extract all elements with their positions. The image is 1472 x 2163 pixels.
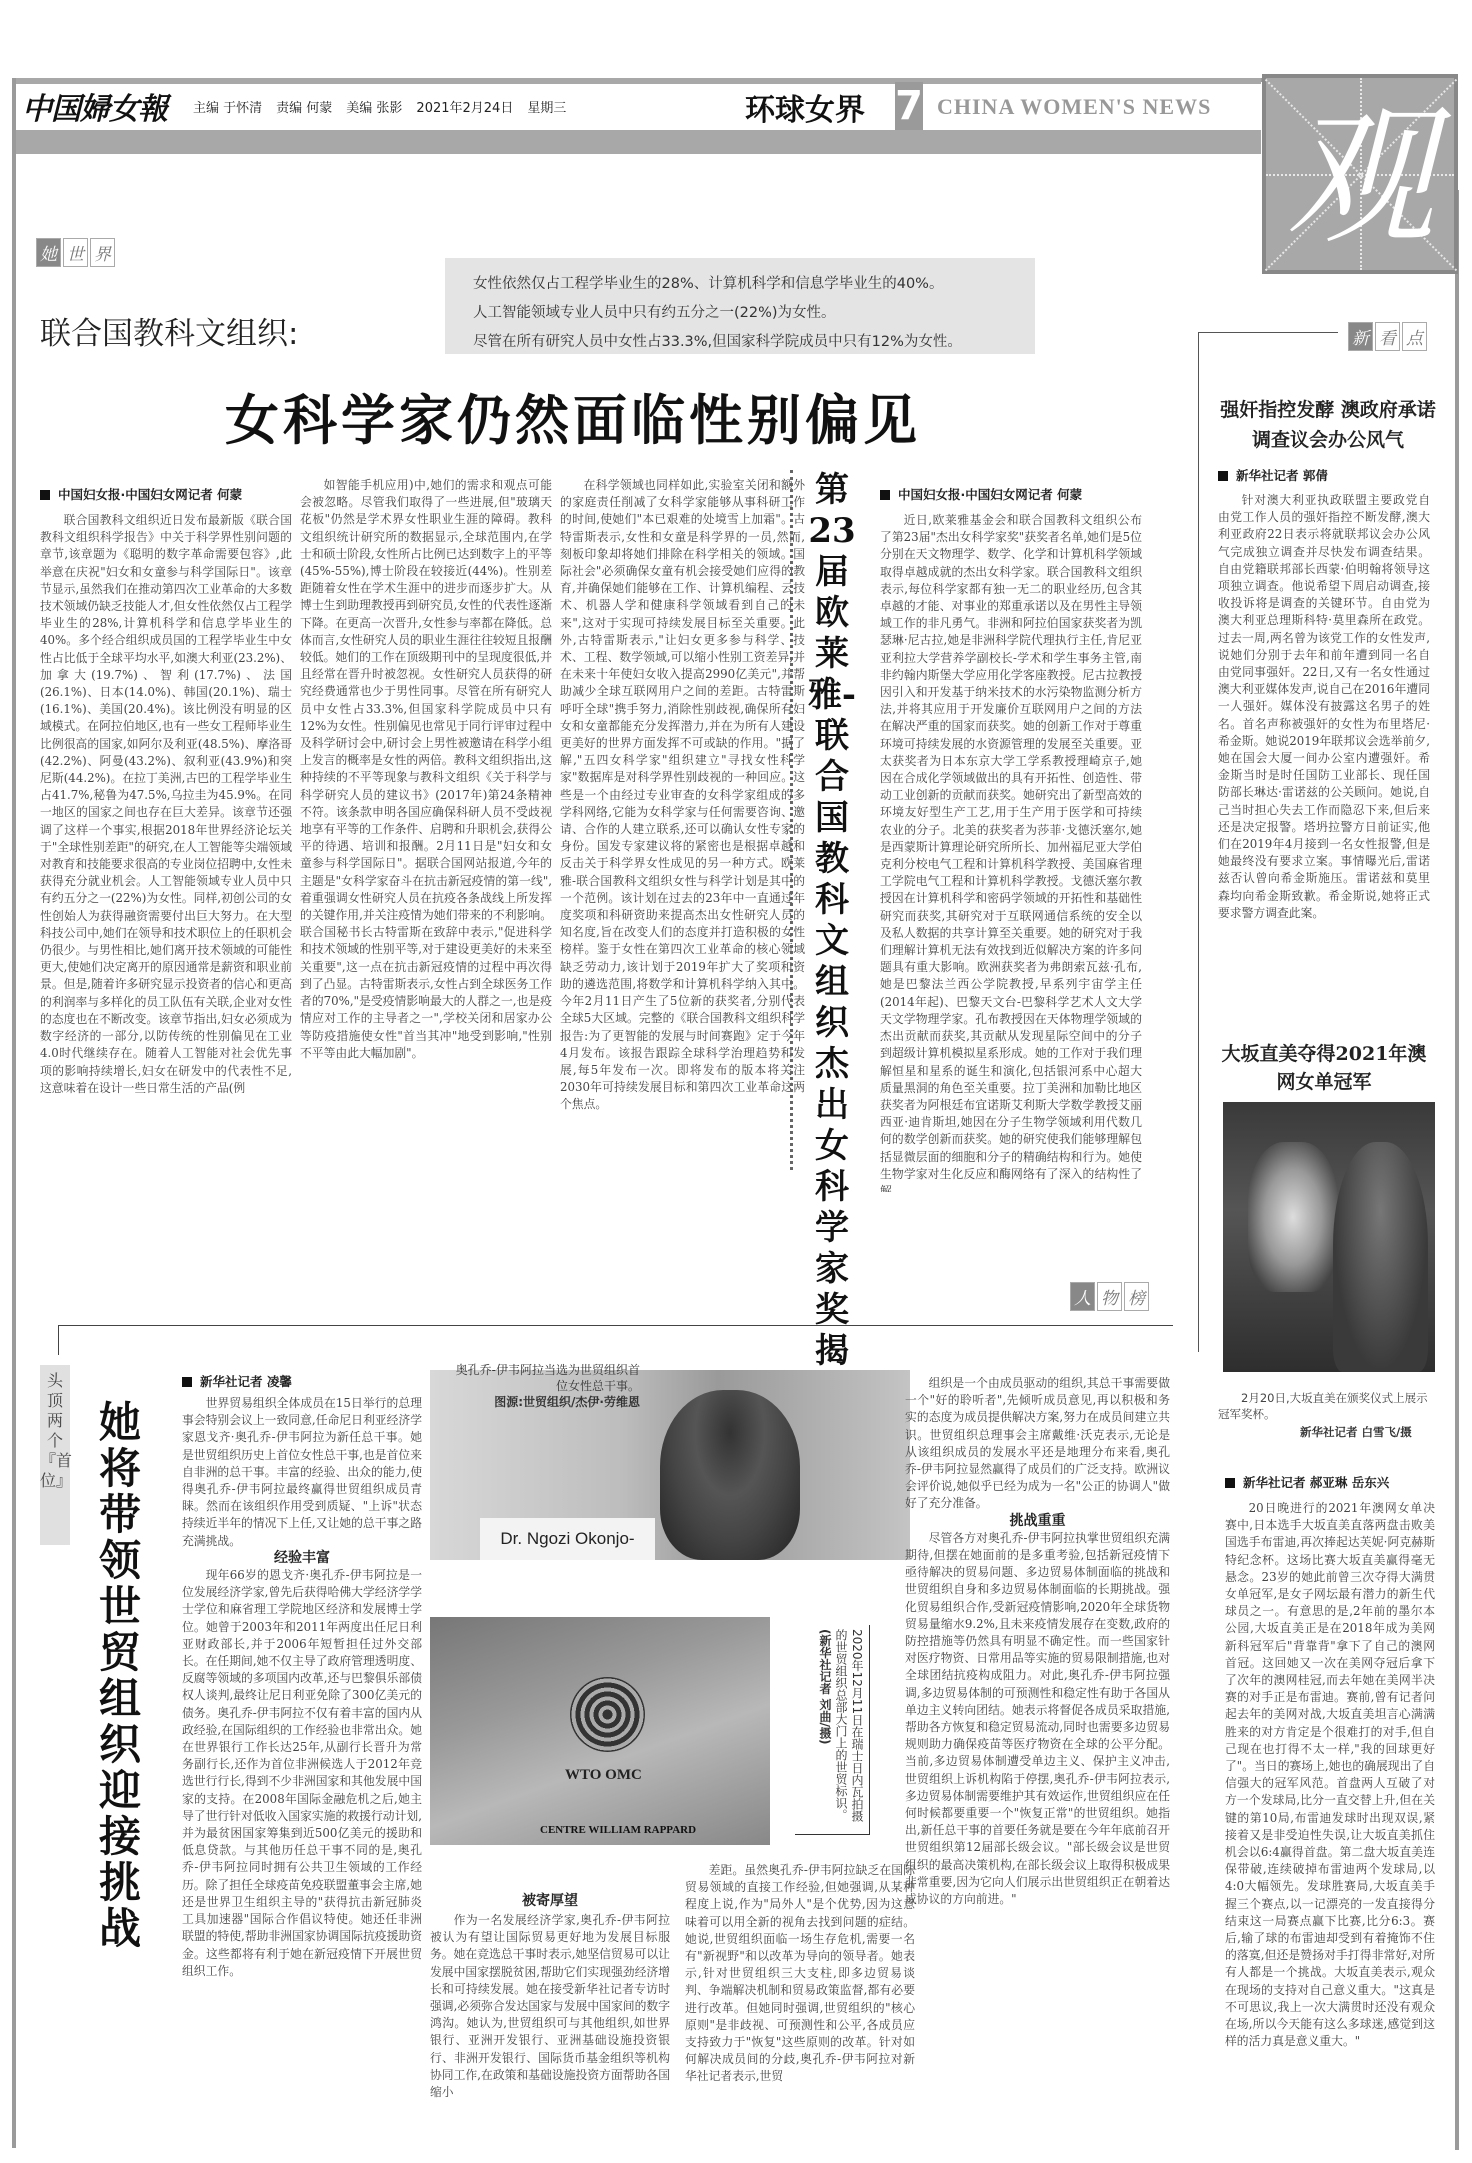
building-sign-text: CENTRE WILLIAM RAPPARD	[540, 1824, 696, 1836]
tag-char: 新	[1348, 322, 1373, 351]
feature-column-2: 作为一名发展经济学家,奥孔乔-伊韦阿拉被认为有望让国际贸易更好地为发展目标服务。…	[430, 1912, 670, 2142]
page-frame-right	[1455, 190, 1459, 2150]
feature-kicker: 头顶两个『首位』	[40, 1365, 70, 1545]
side-article-byline: 中国妇女报·中国妇女网记者 何蒙	[880, 485, 1082, 503]
stat-line: 女性依然仅占工程学毕业生的28%、计算机科学和信息学毕业生的40%。	[473, 270, 1035, 299]
section-name: 环球女界	[745, 85, 865, 129]
corner-character-box: 观	[1262, 74, 1458, 274]
photo1-caption: 奥孔乔-伊韦阿拉当选为世贸组织首位女性总干事。 图源:世贸组织/杰伊·劳维恩	[455, 1362, 640, 1410]
section-tag-renwu-bang: 人 物 榜	[1070, 1282, 1149, 1311]
stats-highlight-box: 女性依然仅占工程学毕业生的28%、计算机科学和信息学毕业生的40%。 人工智能领…	[445, 258, 1035, 354]
article-column: 如智能手机应用)中,她们的需求和观点可能会被忽略。尽管我们取得了一些进展,但"玻…	[300, 477, 552, 1172]
tag-char: 点	[1402, 322, 1427, 351]
column-divider	[790, 470, 793, 1170]
article-headline: 女科学家仍然面临性别偏见	[225, 378, 921, 455]
side-article-headline: 第23届欧莱雅-联合国教科文组织杰出女科学家奖揭晓	[806, 470, 858, 1413]
issue-weekday: 星期三	[527, 97, 566, 116]
sidebar-photo-caption: 2月20日,大坂直美在颁奖仪式上展示冠军奖杯。	[1218, 1390, 1433, 1422]
stat-line: 人工智能领域专业人员中只有约五分之一(22%)为女性。	[473, 299, 1035, 328]
portrait-shape	[660, 1390, 800, 1560]
feature-column-1: 世界贸易组织全体成员在15日举行的总理事会特别会议上一致同意,任命尼日利亚经济学…	[182, 1395, 422, 2140]
tag-char: 界	[90, 238, 115, 267]
article-column: 联合国教科文组织近日发布最新版《联合国教科文组织科学报告》中关于科学界性别问题的…	[40, 512, 292, 1172]
photo2-caption-text: 2020年12月11日在瑞士日内瓦拍摄的世贸组织总部大门上的世贸标识。	[834, 1629, 864, 1822]
masthead-meta: 主编 于怀清 责编 何蒙 美编 张影 2021年2月24日 星期三	[193, 97, 566, 116]
feature-byline: 新华社记者 凌馨	[182, 1372, 292, 1390]
article-column: 在科学领域也同样如此,实验室关闭和额外的家庭责任削减了女科学家能够从事科研工作的…	[560, 477, 805, 1172]
article-kicker: 联合国教科文组织:	[40, 308, 298, 353]
feature-paragraph: 现年66岁的恩戈齐·奥孔乔-伊韦阿拉是一位发展经济学家,曾先后获得哈佛大学经济学…	[182, 1567, 422, 1980]
stat-line: 尽管在所有研究人员中女性占33.3%,但国家科学院成员中只有12%为女性。	[473, 328, 1035, 357]
feature-paragraph: 组织是一个由成员驱动的组织,其总干事需要做一个"好的聆听者",先倾听成员意见,再…	[905, 1375, 1170, 1513]
feature-subhead: 被寄厚望	[430, 1890, 670, 1910]
editor-in-chief: 主编 于怀清	[193, 97, 262, 116]
tag-char: 榜	[1124, 1282, 1149, 1311]
tag-char: 她	[36, 238, 61, 267]
feature-paragraph: 尽管各方对奥孔乔-伊韦阿拉执掌世贸组织充满期待,但摆在她面前的是多重考验,包括新…	[905, 1530, 1170, 1908]
art-editor: 美编 张影	[346, 97, 402, 116]
tag-char: 世	[63, 238, 88, 267]
nameplate: Dr. Ngozi Okonjo-Iweala	[480, 1518, 655, 1560]
photo1-credit: 图源:世贸组织/杰伊·劳维恩	[455, 1394, 640, 1410]
page-number: 7	[895, 82, 923, 130]
article-byline: 中国妇女报·中国妇女网记者 何蒙	[40, 485, 242, 503]
masthead-band	[16, 130, 1261, 154]
sidebar-story1-body: 针对澳大利亚执政联盟主要政党自由党工作人员的强奸指控不断发酵,澳大利亚政府22日…	[1218, 492, 1430, 927]
feature-column-3: 差距。虽然奥孔乔-伊韦阿拉缺乏在国际贸易领域的直接工作经验,但她强调,从某种程度…	[685, 1862, 915, 2142]
sidebar-story1-headline: 强奸指控发酵 澳政府承诺调查议会办公风气	[1218, 395, 1438, 455]
feature-intro: 世界贸易组织全体成员在15日举行的总理事会特别会议上一致同意,任命尼日利亚经济学…	[182, 1395, 422, 1550]
trophy-shape	[1248, 1142, 1338, 1292]
tag-char: 看	[1375, 322, 1400, 351]
wto-logo	[570, 1677, 645, 1752]
feature-column-4: 组织是一个由成员驱动的组织,其总干事需要做一个"好的聆听者",先倾听成员意见,再…	[905, 1375, 1170, 2140]
feature-subhead: 经验丰富	[182, 1550, 422, 1567]
section-tag-ta-shijie: 她 世 界	[36, 238, 115, 267]
tennis-trophy-photo	[1223, 1102, 1435, 1372]
section-tag-xin-kan-dian: 新 看 点	[1348, 322, 1427, 351]
responsible-editor: 责编 何蒙	[276, 97, 332, 116]
tag-char: 物	[1097, 1282, 1122, 1311]
photo2-caption: 2020年12月11日在瑞士日内瓦拍摄的世贸组织总部大门上的世贸标识。 (新华社…	[795, 1625, 870, 1835]
player-shape	[1333, 1142, 1428, 1372]
wto-headquarters-photo: WTO OMC CENTRE WILLIAM RAPPARD	[430, 1617, 770, 1845]
sidebar-story2-byline: 新华社记者 郝亚琳 岳东兴	[1225, 1473, 1389, 1491]
wto-sign-text: WTO OMC	[565, 1767, 642, 1784]
sidebar-photo-credit: 新华社记者 白雪飞/摄	[1300, 1424, 1412, 1440]
feature-subhead: 挑战重重	[905, 1513, 1170, 1530]
sidebar-story2-body: 20日晚进行的2021年澳网女单决赛中,日本选手大坂直美直落两盘击败美国选手布雷…	[1225, 1500, 1435, 2140]
feature-headline: 她将带领世贸组织迎接挑战	[92, 1400, 148, 1952]
newspaper-logo: 中国婦女報	[22, 84, 167, 128]
side-article-body: 近日,欧莱雅基金会和联合国教科文组织公布了第23届"杰出女科学家奖"获奖者名单,…	[880, 512, 1142, 1192]
tag-char: 人	[1070, 1282, 1095, 1311]
english-title: CHINA WOMEN'S NEWS	[937, 94, 1211, 120]
sidebar-story2-headline: 大坂直美夺得2021年澳网女单冠军	[1218, 1040, 1430, 1096]
sidebar-story1-byline: 新华社记者 郭倩	[1218, 466, 1328, 484]
photo1-caption-text: 奥孔乔-伊韦阿拉当选为世贸组织首位女性总干事。	[455, 1362, 640, 1394]
corner-character: 观	[1266, 88, 1454, 268]
feature-left-rule	[58, 1325, 59, 1355]
issue-date: 2021年2月24日	[416, 97, 513, 116]
photo2-credit: (新华社记者 刘曲/摄)	[818, 1629, 832, 1745]
feature-top-rule	[58, 1325, 1173, 1326]
